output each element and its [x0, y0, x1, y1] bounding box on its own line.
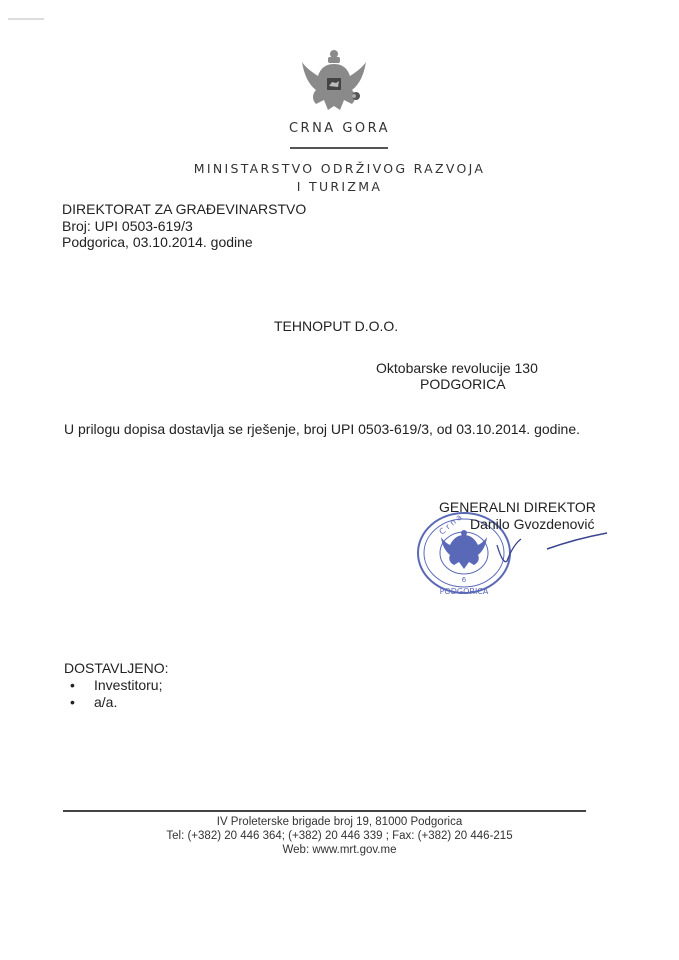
directorate-name: DIREKTORAT ZA GRAĐEVINARSTVO [62, 201, 306, 218]
list-item: • Investitoru; [64, 677, 169, 694]
recipient-address: Oktobarske revolucije 130 PODGORICA [376, 360, 538, 392]
ministry-line-2: I TURIZMA [0, 178, 679, 196]
coat-of-arms-icon [298, 48, 370, 118]
place-date: Podgorica, 03.10.2014. godine [62, 234, 306, 251]
list-item-label: Investitoru; [94, 677, 162, 693]
footer: IV Proleterske brigade broj 19, 81000 Po… [0, 815, 679, 857]
signatory-title: GENERALNI DIREKTOR [439, 499, 596, 515]
recipient-city: PODGORICA [376, 376, 538, 392]
distribution-list: DOSTAVLJENO: • Investitoru; • a/a. [64, 660, 169, 711]
ministry-line-1: MINISTARSTVO ODRŽIVOG RAZVOJA [0, 160, 679, 178]
footer-phones: Tel: (+382) 20 446 364; (+382) 20 446 33… [0, 829, 679, 843]
list-item: • a/a. [64, 694, 169, 711]
scan-artifact [8, 18, 44, 20]
footer-address: IV Proleterske brigade broj 19, 81000 Po… [0, 815, 679, 829]
letterhead-divider [290, 147, 388, 149]
letter-body: U prilogu dopisa dostavlja se rješenje, … [64, 421, 580, 437]
sender-block: DIREKTORAT ZA GRAĐEVINARSTVO Broj: UPI 0… [62, 201, 306, 251]
footer-web: Web: www.mrt.gov.me [0, 843, 679, 857]
bullet-icon: • [70, 694, 75, 711]
bullet-icon: • [70, 677, 75, 694]
signatory-name: Danilo Gvozdenović [470, 516, 595, 532]
distribution-heading: DOSTAVLJENO: [64, 660, 169, 677]
ministry-name: MINISTARSTVO ODRŽIVOG RAZVOJA I TURIZMA [0, 160, 679, 196]
list-item-label: a/a. [94, 694, 117, 710]
footer-divider [63, 810, 586, 812]
recipient-street: Oktobarske revolucije 130 [376, 360, 538, 376]
reference-number: Broj: UPI 0503-619/3 [62, 218, 306, 235]
svg-text:PODGORICA: PODGORICA [440, 587, 489, 596]
svg-text:6: 6 [462, 576, 467, 584]
recipient-name: TEHNOPUT D.O.O. [274, 318, 398, 334]
country-name: CRNA GORA [0, 121, 679, 136]
